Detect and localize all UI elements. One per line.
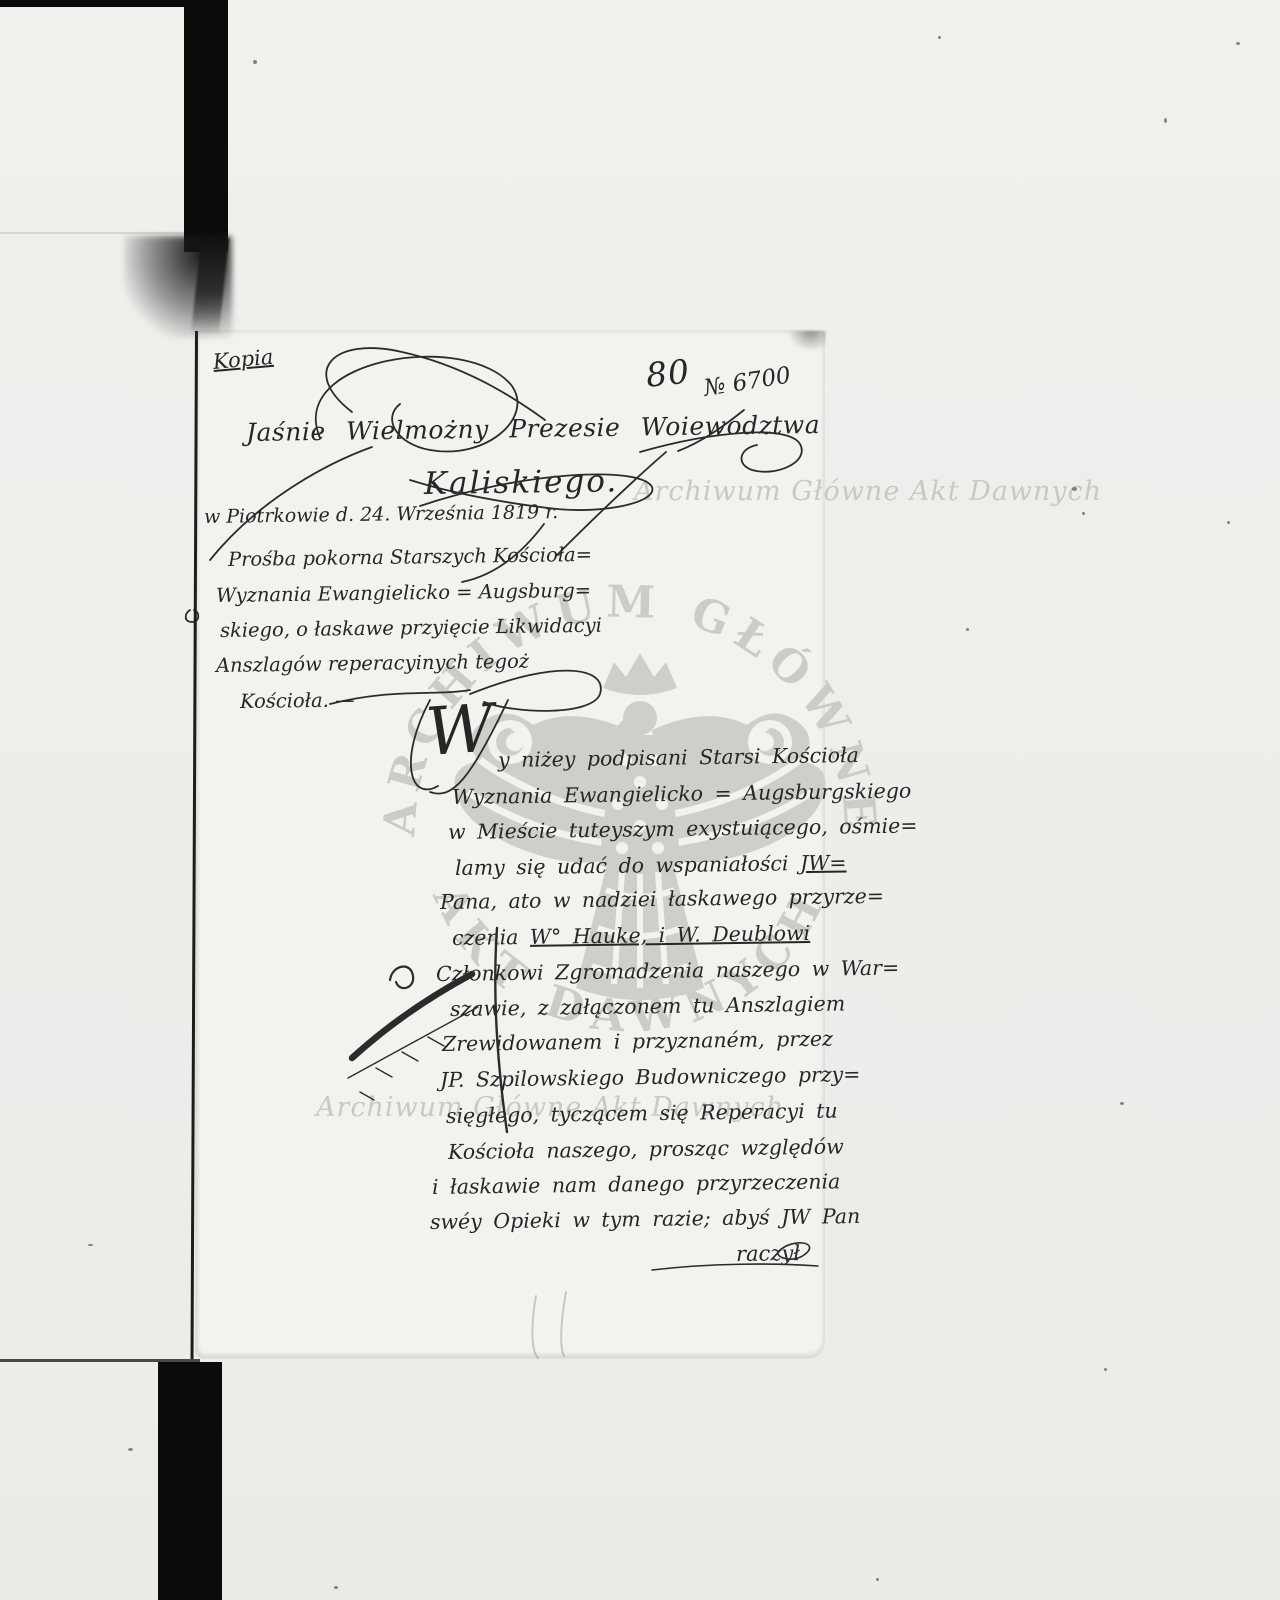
salutation-line2: Kaliskiego. [424,463,619,502]
scanned-archival-page: ARCHIWUM GŁÓWNE AKT DAWNYCH [0,0,1280,1600]
dust-speck [128,1448,133,1451]
scan-seam-bottom [0,1359,200,1362]
dust-speck [1104,1368,1107,1371]
film-strip-top [184,0,228,252]
dust-speck [88,1244,93,1246]
scan-seam-top [0,232,184,234]
dust-speck [966,628,969,631]
docket-line: Anszlagów reperacyinych tegoż [216,650,529,677]
dust-speck [334,1586,338,1589]
body-line-underlined: W° Hauke, i W. Deublowi [530,921,811,949]
dust-speck [1236,42,1240,45]
body-line-text: lamy się udać do wspaniałości [455,851,800,880]
page-number: 80 [644,352,692,395]
film-strip-bottom [158,1362,222,1600]
dust-speck [1120,1102,1124,1105]
watermark-text-top: Archiwum Główne Akt Dawnych [634,476,1102,507]
dust-speck [253,60,257,64]
body-line-text: czenia [452,925,530,950]
dust-speck [1164,118,1167,123]
body-line: czenia W° Hauke, i W. Deublowi [452,921,810,950]
body-initial: W [423,689,496,771]
dust-speck [876,1578,879,1581]
dust-speck [1082,512,1085,515]
closing-word: raczył [736,1241,800,1266]
dust-speck [1072,487,1077,491]
body-line-underlined: JW= [800,851,847,876]
dust-speck [938,36,941,39]
docket-line: Kościoła. — [240,688,355,713]
film-edge-top [0,0,186,7]
body-line: y niżey podpisani Starsi Kościoła [498,743,859,772]
page-corner-smudge [788,331,826,351]
dust-speck [1227,521,1230,524]
